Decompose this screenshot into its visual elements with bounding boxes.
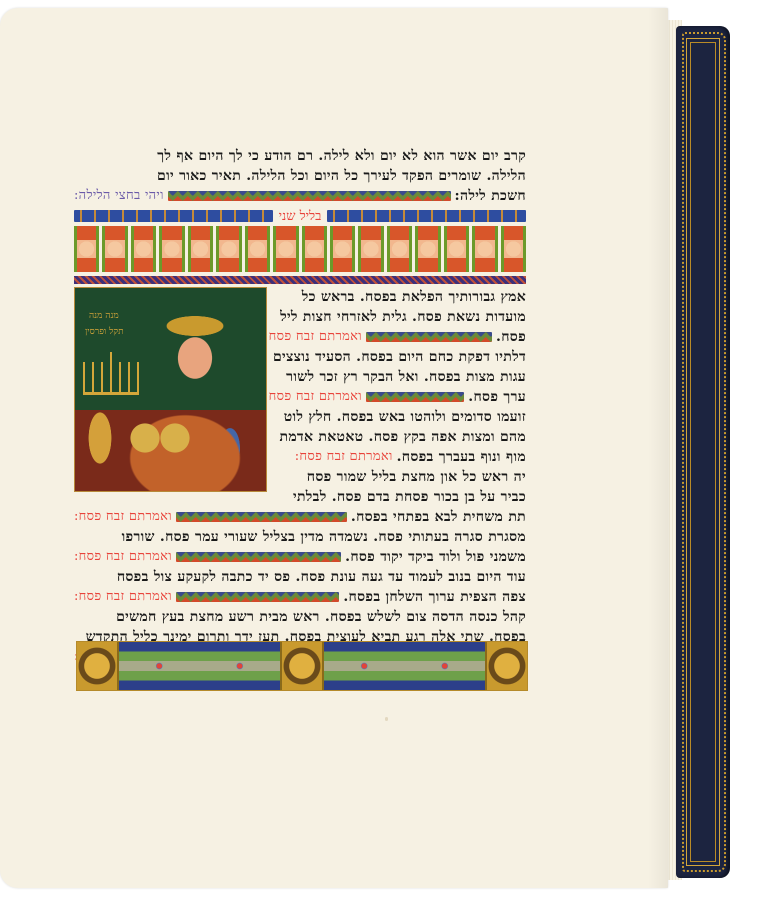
text-block: קרב יום אשר הוא לא יום ולא לילה. רם הודע… bbox=[74, 146, 526, 667]
leather-binding bbox=[676, 26, 730, 878]
body-line-closing: תת משחית לבא בפתחי בפסח. bbox=[351, 507, 526, 527]
title-letter bbox=[415, 226, 440, 272]
body-line: זועמו סדומים ולוהטו באש בפסח. חלץ לוט bbox=[264, 407, 526, 427]
lion-medallion-icon bbox=[77, 642, 117, 690]
title-letter bbox=[74, 226, 99, 272]
body-line-closing: ערך פסח. bbox=[468, 387, 526, 407]
book-page: קרב יום אשר הוא לא יום ולא לילה. רם הודע… bbox=[0, 8, 668, 888]
scroll-band bbox=[74, 210, 273, 222]
zigzag-band bbox=[366, 332, 492, 342]
body-line: מהם ומצות אפה בקץ פסח. טאטאת אדמת bbox=[264, 427, 526, 447]
title-letter bbox=[245, 226, 270, 272]
body-line: כביר על בן בכור פסחת בדם פסח. לבלתי bbox=[264, 487, 526, 507]
refrain-row: תת משחית לבא בפתחי בפסח. ואמרתם זבח פסח: bbox=[74, 507, 526, 527]
zigzag-band bbox=[168, 191, 451, 201]
title-banner bbox=[74, 226, 526, 272]
title-letter bbox=[472, 226, 497, 272]
refrain-row: משמני פול ולוד ביקד יקוד פסח. ואמרתם זבח… bbox=[74, 547, 526, 567]
header-refrain: ויהי בחצי הלילה: bbox=[74, 186, 164, 206]
title-letter bbox=[102, 226, 127, 272]
body-line: דלתיו דפקת כחם היום בפסח. הסעיד נוצצים bbox=[264, 347, 526, 367]
body-line: עוד היום בנוב לעמוד עד געה עונת פסח. פס … bbox=[74, 567, 526, 587]
body-line-closing: מוף ונוף בעברך בפסח. bbox=[397, 447, 526, 467]
illustrated-section: מנה מנה תקל ופרסין אמץ גבורותיך הפלאת בפ… bbox=[74, 287, 526, 507]
title-letter bbox=[444, 226, 469, 272]
refrain-text: ואמרתם זבח פסח: bbox=[264, 387, 362, 407]
title-letter bbox=[330, 226, 355, 272]
illustration-caption: מנה מנה bbox=[89, 310, 119, 321]
title-letter bbox=[131, 226, 156, 272]
title-letter bbox=[501, 226, 526, 272]
body-line: אמץ גבורותיך הפלאת בפסח. בראש כל bbox=[264, 287, 526, 307]
title-letter bbox=[159, 226, 184, 272]
refrain-row: ערך פסח. ואמרתם זבח פסח: bbox=[264, 387, 526, 407]
refrain-text: ואמרתם זבח פסח: bbox=[295, 447, 393, 467]
page-mark bbox=[385, 717, 388, 721]
zigzag-band bbox=[176, 512, 347, 522]
title-letter bbox=[302, 226, 327, 272]
ornamental-border bbox=[76, 641, 528, 691]
header-line: חשכת לילה: bbox=[455, 186, 526, 206]
body-line-closing: צפה הצפית ערוך השלחן בפסח. bbox=[343, 587, 526, 607]
refrain-row: פסח. ואמרתם זבח פסח: bbox=[264, 327, 526, 347]
body-line: עגות מצות בפסח. ואל הבקר רץ זכר לשור bbox=[264, 367, 526, 387]
illustration-caption: תקל ופרסין bbox=[85, 326, 124, 337]
ornament-panel bbox=[322, 642, 487, 690]
gold-tooling-fillet bbox=[690, 42, 716, 862]
refrain-row: מוף ונוף בעברך בפסח. ואמרתם זבח פסח: bbox=[264, 447, 526, 467]
title-letter bbox=[358, 226, 383, 272]
refrain-row: צפה הצפית ערוך השלחן בפסח. ואמרתם זבח פס… bbox=[74, 587, 526, 607]
illustration-king: מנה מנה תקל ופרסין bbox=[74, 287, 267, 492]
title-letter bbox=[387, 226, 412, 272]
title-letter bbox=[273, 226, 298, 272]
section-label: בליל שני bbox=[279, 208, 322, 224]
ornament-panel bbox=[117, 642, 282, 690]
scroll-band bbox=[327, 210, 526, 222]
body-line-closing: פסח. bbox=[496, 327, 526, 347]
body-line: יה ראש כל און מחצת בליל שמור פסח bbox=[264, 467, 526, 487]
menorah-icon bbox=[83, 352, 139, 395]
body-line: מועדות נשאת פסח. גלית לאזרחי חצות ליל bbox=[264, 307, 526, 327]
zigzag-divider bbox=[74, 276, 526, 284]
zigzag-band bbox=[176, 552, 341, 562]
lion-medallion-icon bbox=[487, 642, 527, 690]
refrain-text: ואמרתם זבח פסח: bbox=[264, 327, 362, 347]
zigzag-band bbox=[366, 392, 464, 402]
title-letter bbox=[188, 226, 213, 272]
header-line: הלילה. שומרים הפקד לעירך כל היום וכל הלי… bbox=[74, 166, 526, 186]
section-divider: בליל שני bbox=[74, 210, 526, 222]
zigzag-band bbox=[176, 592, 339, 602]
lion-medallion-icon bbox=[282, 642, 322, 690]
header-line-refrain-row: חשכת לילה: ויהי בחצי הלילה: bbox=[74, 186, 526, 206]
header-line: קרב יום אשר הוא לא יום ולא לילה. רם הודע… bbox=[74, 146, 526, 166]
refrain-text: ואמרתם זבח פסח: bbox=[74, 507, 172, 527]
body-line: קהל כנסה הדסה צום לשלש בפסח. ראש מבית רש… bbox=[74, 607, 526, 627]
body-line: מסגרת סגרה בעתותי פסח. נשמדה מדין בצליל … bbox=[74, 527, 526, 547]
refrain-text: ואמרתם זבח פסח: bbox=[74, 547, 172, 567]
title-letter bbox=[216, 226, 241, 272]
refrain-text: ואמרתם זבח פסח: bbox=[74, 587, 172, 607]
body-line-closing: משמני פול ולוד ביקד יקוד פסח. bbox=[345, 547, 526, 567]
